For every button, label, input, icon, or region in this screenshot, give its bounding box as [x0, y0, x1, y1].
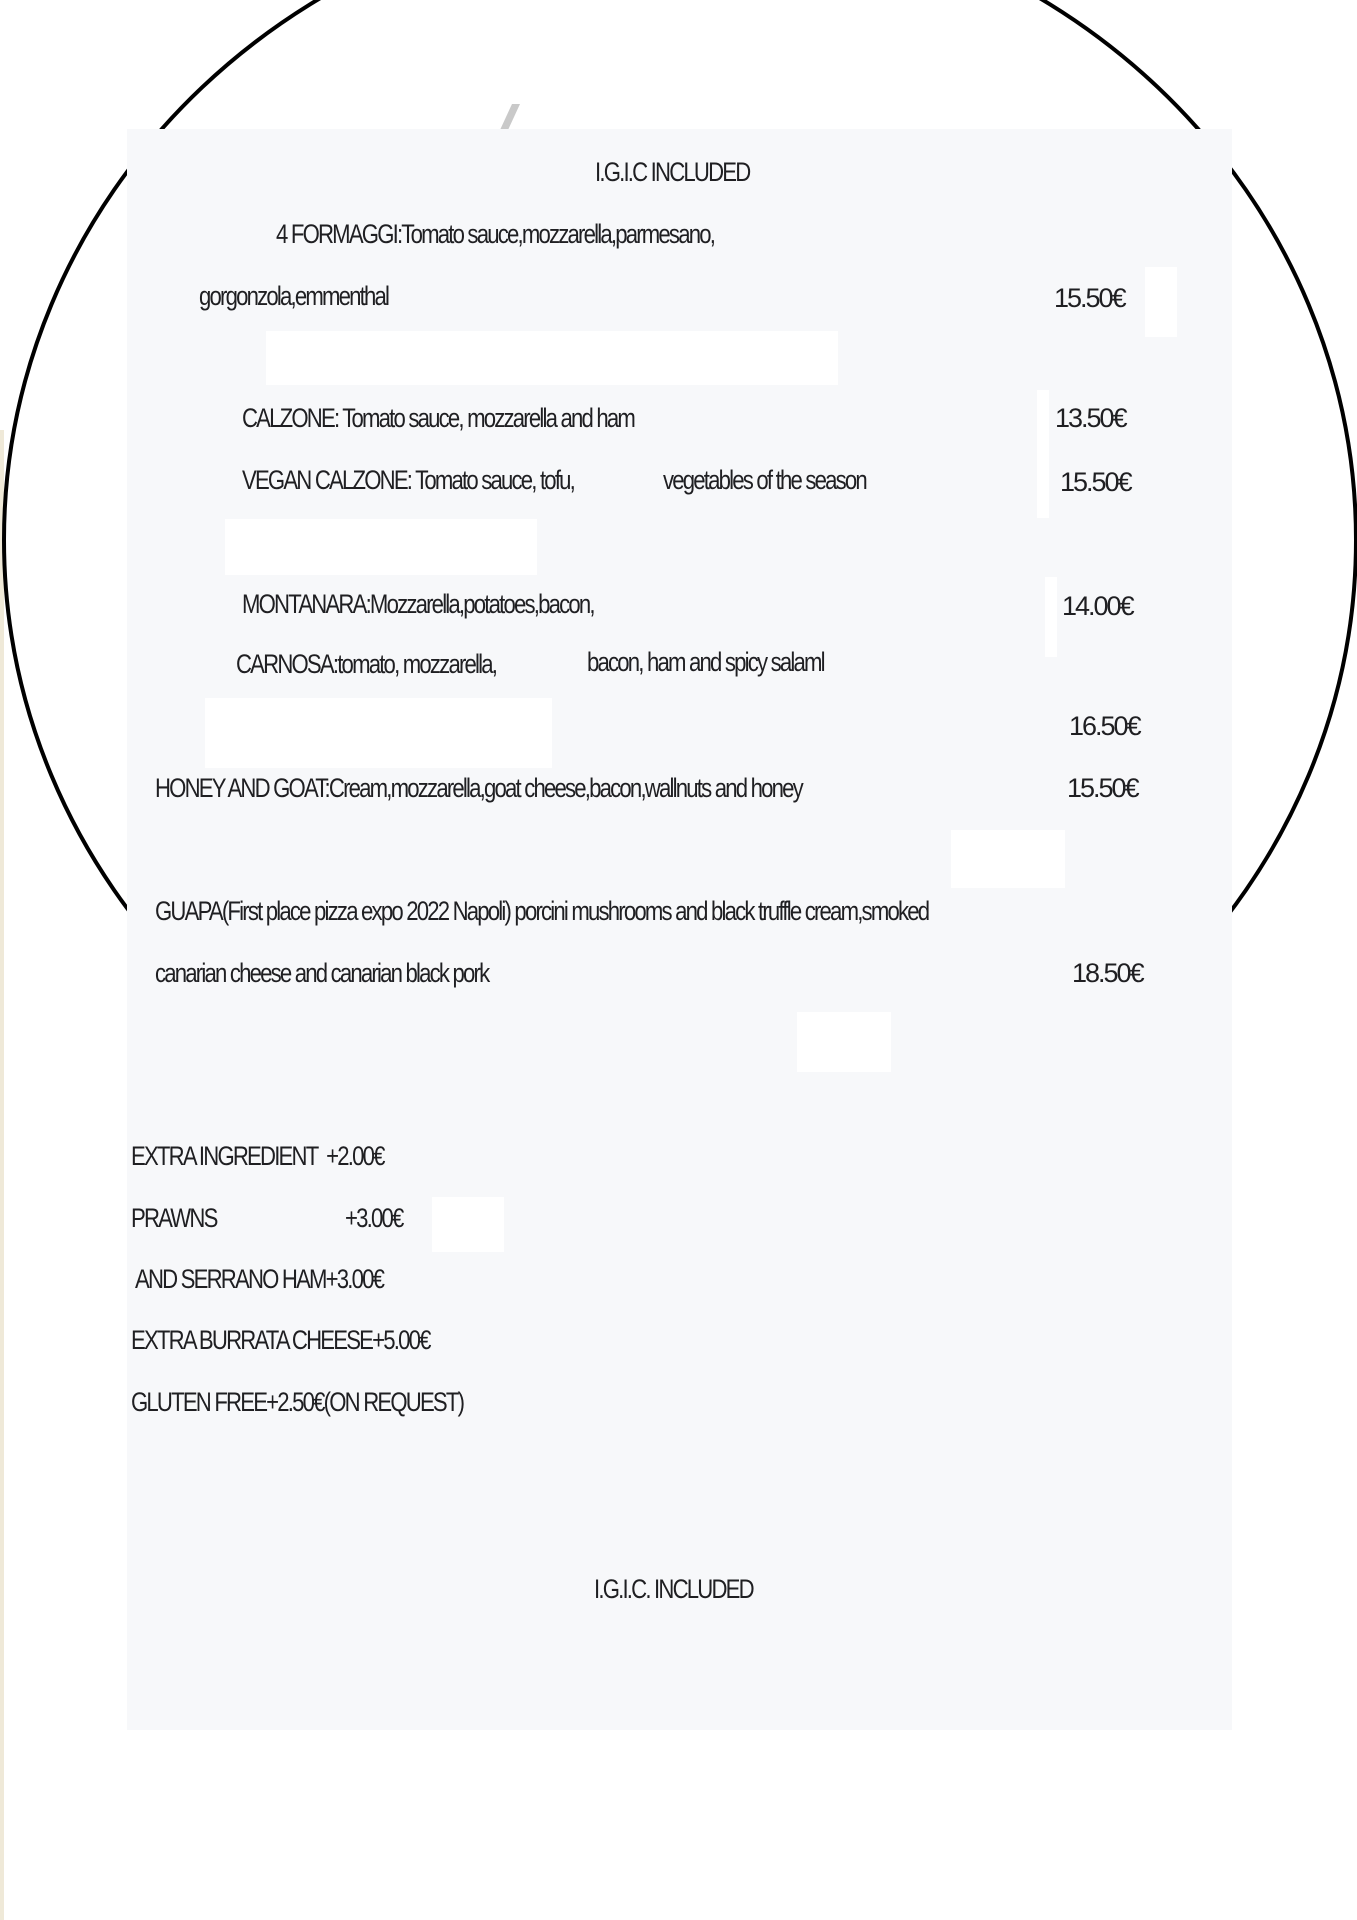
- menu-item-vegan-calzone-price: 15.50€: [1060, 467, 1131, 497]
- footer-tax-note: I.G.I.C. INCLUDED: [594, 1574, 753, 1604]
- menu-item-vegan-calzone-a: VEGAN CALZONE: Tomato sauce, tofu,: [242, 465, 574, 495]
- extra-label: GLUTEN FREE: [131, 1387, 266, 1417]
- white-patch: [432, 1197, 504, 1252]
- menu-item-calzone-price: 13.50€: [1055, 403, 1126, 433]
- white-patch: [205, 698, 552, 768]
- menu-item-honey-goat: HONEY AND GOAT:Cream,mozzarella,goat che…: [155, 773, 802, 803]
- menu-item-carnosa-b: bacon, ham and spicy salaml: [587, 647, 824, 677]
- extra-label: EXTRA INGREDIENT: [131, 1141, 317, 1171]
- menu-item-guapa-line2: canarian cheese and canarian black pork: [155, 958, 488, 988]
- extra-prawns: PRAWNS: [131, 1203, 217, 1233]
- menu-item-calzone: CALZONE: Tomato sauce, mozzarella and ha…: [242, 403, 634, 433]
- extra-price: +5.00€: [372, 1325, 430, 1355]
- menu-item-vegan-calzone-b: vegetables of the season: [663, 465, 866, 495]
- menu-item-carnosa-a: CARNOSA:tomato, mozzarella,: [236, 649, 496, 679]
- extra-gluten-free: GLUTEN FREE+2.50€(ON REQUEST): [131, 1387, 463, 1417]
- menu-item-4-formaggi-line1: 4 FORMAGGI:Tomato sauce,mozzarella,parme…: [276, 219, 714, 249]
- menu-item-guapa-line1: GUAPA(First place pizza expo 2022 Napoli…: [155, 896, 928, 926]
- extra-price: +2.00€: [326, 1141, 384, 1171]
- extra-burrata: EXTRA BURRATA CHEESE+5.00€: [131, 1325, 430, 1355]
- menu-item-guapa-price: 18.50€: [1072, 958, 1143, 988]
- white-patch: [1145, 267, 1177, 337]
- extra-prawns-price: +3.00€: [345, 1203, 403, 1233]
- extra-note: (ON REQUEST): [324, 1387, 463, 1417]
- extra-price: +2.50€: [266, 1387, 324, 1417]
- extra-label: PRAWNS: [131, 1203, 217, 1233]
- white-patch: [1037, 390, 1049, 518]
- white-patch: [797, 1012, 891, 1072]
- white-patch: [951, 830, 1065, 888]
- white-patch: [225, 519, 537, 575]
- menu-item-honey-goat-price: 15.50€: [1067, 773, 1138, 803]
- menu-item-4-formaggi-price: 15.50€: [1054, 283, 1125, 313]
- menu-item-carnosa-price: 16.50€: [1069, 711, 1140, 741]
- extra-serrano-ham: AND SERRANO HAM+3.00€: [135, 1264, 383, 1294]
- header-tax-note: I.G.I.C INCLUDED: [595, 157, 749, 187]
- white-patch: [266, 331, 838, 385]
- menu-item-montanara: MONTANARA:Mozzarella,potatoes,bacon,: [242, 589, 594, 619]
- white-patch: [1045, 577, 1057, 657]
- menu-item-montanara-price: 14.00€: [1062, 591, 1133, 621]
- menu-item-4-formaggi-line2: gorgonzola,emmenthal: [199, 281, 388, 311]
- extra-label: AND SERRANO HAM: [135, 1264, 326, 1294]
- extra-ingredient: EXTRA INGREDIENT +2.00€: [131, 1141, 384, 1171]
- extra-price: +3.00€: [326, 1264, 384, 1294]
- extra-label: EXTRA BURRATA CHEESE: [131, 1325, 372, 1355]
